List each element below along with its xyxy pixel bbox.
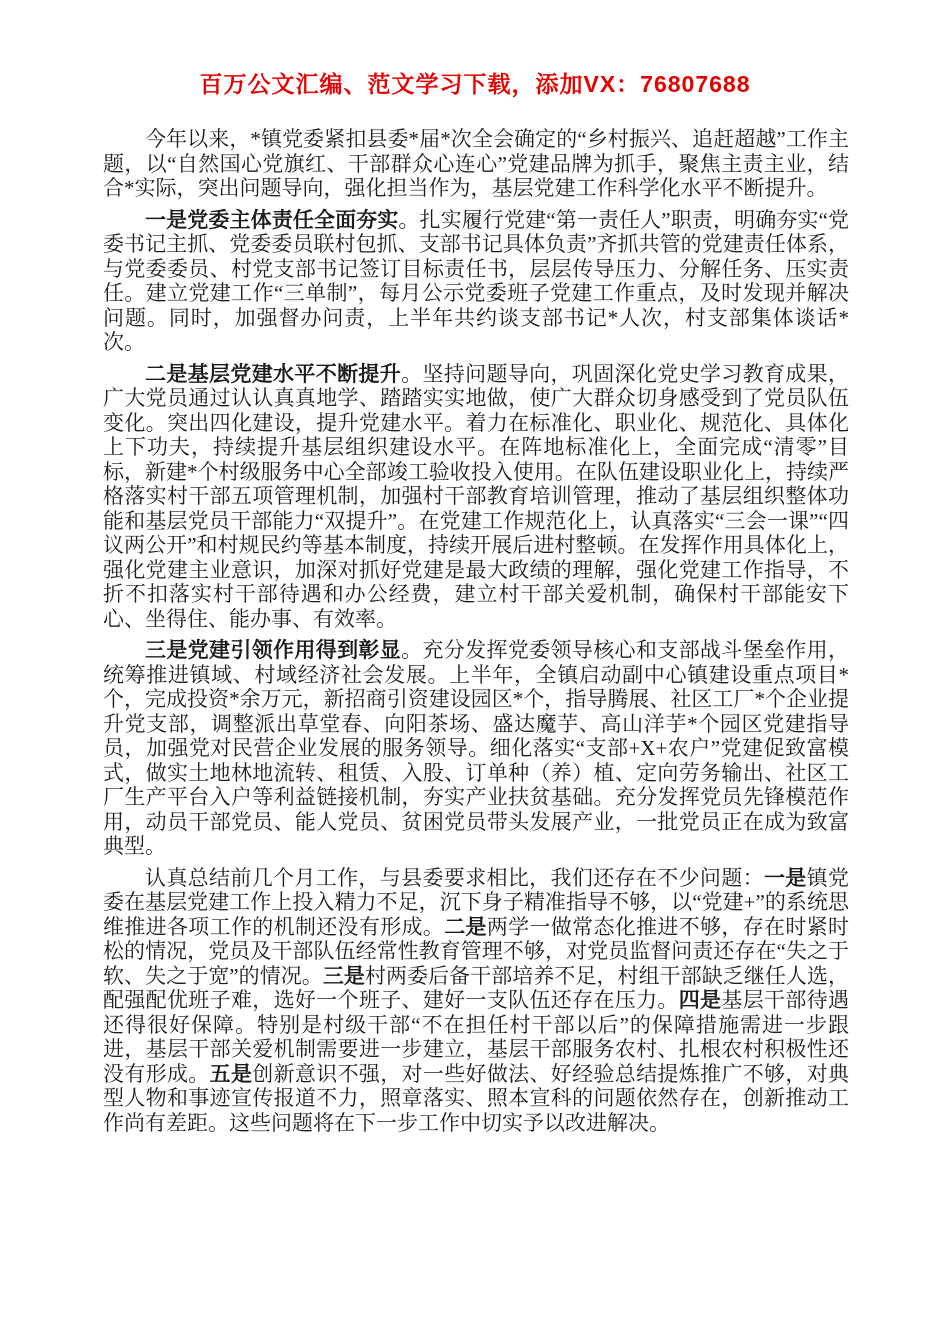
paragraph-bold-text: 三是党建引领作用得到彰显 <box>145 638 401 662</box>
paragraph-text: 认真总结前几个月工作，与县委要求相比，我们还存在不少问题： <box>145 866 764 890</box>
paragraph-bold-text: 四是 <box>679 988 722 1012</box>
paragraph-bold-text: 二是基层党建水平不断提升 <box>145 362 401 386</box>
paragraph: 今年以来，*镇党委紧扣县委*届*次全会确定的“乡村振兴、追赶超越”工作主题，以“… <box>103 127 849 201</box>
paragraph-bold-text: 一是党委主体责任全面夯实 <box>145 208 398 232</box>
paragraph-bold-text: 五是 <box>210 1062 253 1086</box>
paragraph-bold-text: 三是 <box>323 964 365 988</box>
paragraph-text: 。坚持问题导向，巩固深化党史学习教育成果，广大党员通过认认真真地学、踏踏实实地做… <box>103 362 849 631</box>
paragraph: 认真总结前几个月工作，与县委要求相比，我们还存在不少问题：一是镇党委在基层党建工… <box>103 866 849 1136</box>
document-page: 百万公文汇编、范文学习下载，添加VX：76807688 今年以来，*镇党委紧扣县… <box>0 0 950 1344</box>
paragraph-bold-text: 一是 <box>764 866 807 890</box>
paragraph-text: 今年以来，*镇党委紧扣县委*届*次全会确定的“乡村振兴、追赶超越”工作主题，以“… <box>103 127 849 200</box>
paragraph: 一是党委主体责任全面夯实。扎实履行党建“第一责任人”职责，明确夯实“党委书记主抓… <box>103 208 849 355</box>
paragraph-bold-text: 二是 <box>444 915 487 939</box>
paragraph-text: 。充分发挥党委领导核心和支部战斗堡垒作用，统筹推进镇域、村域经济社会发展。上半年… <box>103 638 849 858</box>
paragraph: 二是基层党建水平不断提升。坚持问题导向，巩固深化党史学习教育成果，广大党员通过认… <box>103 362 849 632</box>
paragraph: 三是党建引领作用得到彰显。充分发挥党委领导核心和支部战斗堡垒作用，统筹推进镇域、… <box>103 638 849 859</box>
document-body: 今年以来，*镇党委紧扣县委*届*次全会确定的“乡村振兴、追赶超越”工作主题，以“… <box>103 127 849 1142</box>
watermark-header: 百万公文汇编、范文学习下载，添加VX：76807688 <box>0 66 950 99</box>
